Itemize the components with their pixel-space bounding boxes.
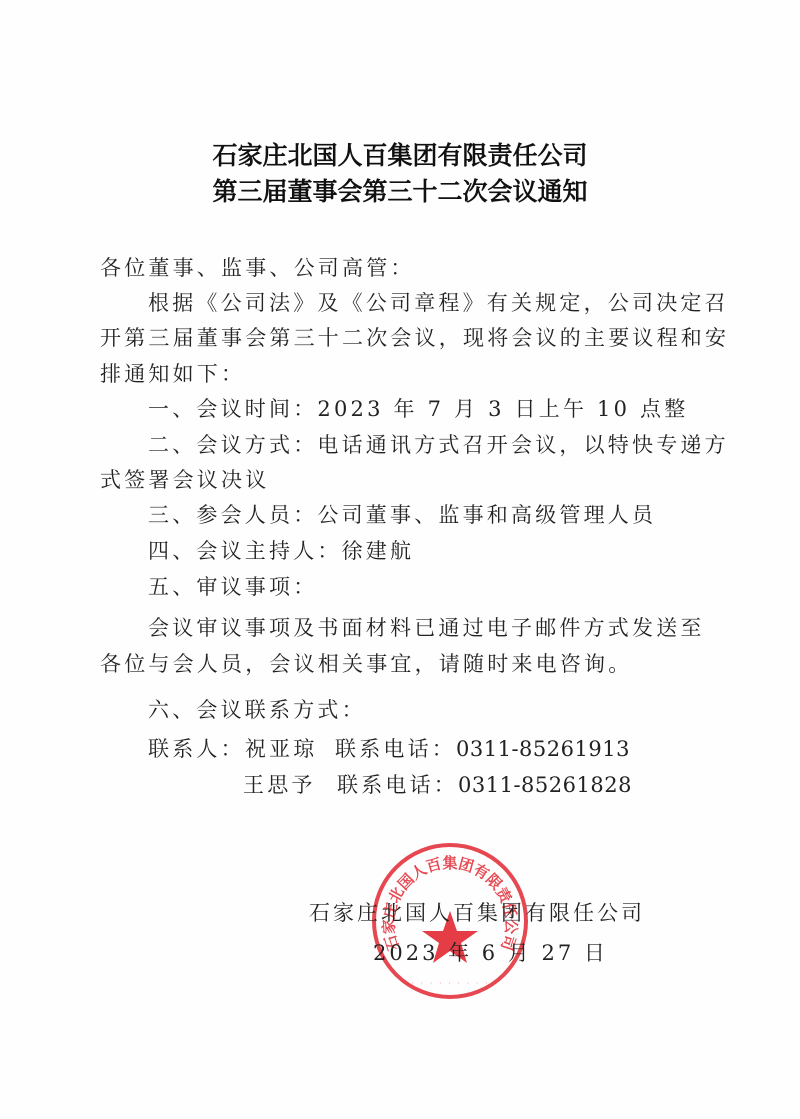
contact-row-2: 王思予 — [243, 769, 316, 799]
contact-name: 祝亚琼 — [245, 737, 318, 761]
document-title-company: 石家庄北国人百集团有限责任公司 — [0, 136, 800, 172]
item-meeting-time: 一、会议时间：2023 年 7 月 3 日上午 10 点整 — [148, 393, 688, 423]
item-host: 四、会议主持人：徐建航 — [148, 535, 414, 565]
contact-row-1: 联系人：祝亚琼 — [148, 733, 317, 763]
item-matters-line-1: 会议审议事项及书面材料已通过电子邮件方式发送至 — [148, 612, 705, 642]
salutation: 各位董事、监事、公司高管： — [100, 252, 415, 282]
svg-text:· · · · · · · · · · ·: · · · · · · · · · · · — [402, 980, 499, 987]
item-contact-heading: 六、会议联系方式： — [148, 694, 366, 724]
item-meeting-method-2: 式签署会议决议 — [100, 464, 269, 494]
document-title-notice: 第三届董事会第三十二次会议通知 — [0, 172, 800, 208]
signature-company: 石家庄北国人百集团有限任公司 — [309, 897, 645, 927]
item-matters-heading: 五、审议事项： — [148, 571, 317, 601]
phone-number: 0311-85261913 — [456, 737, 630, 761]
intro-line-1: 根据《公司法》及《公司章程》有关规定，公司决定召 — [148, 287, 729, 317]
signature-date: 2023 年 6 月 27 日 — [373, 937, 608, 967]
intro-line-2: 开第三届董事会第三十二次会议，现将会议的主要议程和安 — [100, 322, 729, 352]
phone-label: 联系电话： — [335, 737, 456, 761]
contact-label: 联系人： — [148, 737, 245, 761]
document-page: 石家庄北国人百集团有限责任公司 第三届董事会第三十二次会议通知 各位董事、监事、… — [0, 0, 800, 1119]
intro-line-3: 排通知如下： — [100, 358, 245, 388]
item-attendees: 三、参会人员：公司董事、监事和高级管理人员 — [148, 499, 656, 529]
contact-row-2-phone: 联系电话：0311-85261828 — [337, 769, 632, 799]
item-meeting-method-1: 二、会议方式：电话通讯方式召开会议，以特快专递方 — [148, 429, 729, 459]
phone-number: 0311-85261828 — [458, 773, 632, 797]
contact-name: 王思予 — [243, 773, 316, 797]
contact-row-1-phone: 联系电话：0311-85261913 — [335, 733, 630, 763]
phone-label: 联系电话： — [337, 773, 458, 797]
item-matters-line-2: 各位与会人员，会议相关事宜，请随时来电咨询。 — [100, 648, 632, 678]
